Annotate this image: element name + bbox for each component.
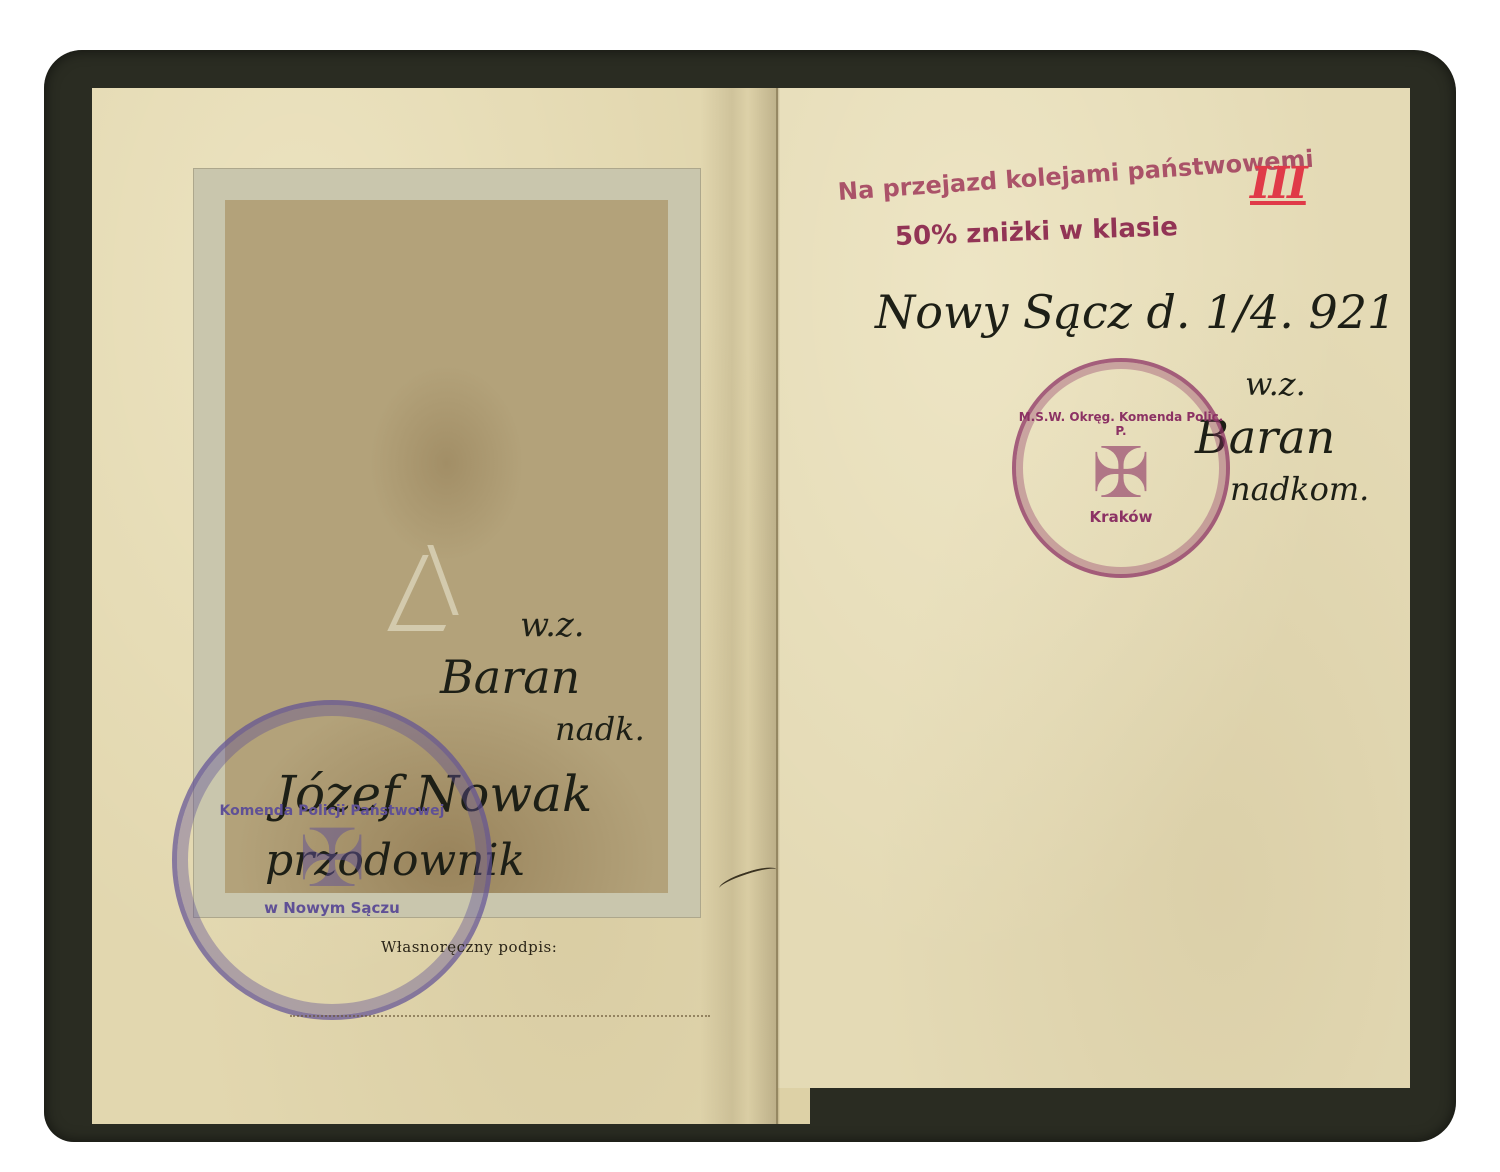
photo-annotation-line3: nadk. — [555, 710, 645, 748]
right-annotation-line1: w.z. — [1245, 365, 1306, 403]
signature-line — [290, 1015, 710, 1017]
photo-annotation-line2: Baran — [440, 650, 580, 704]
right-annotation-line3: nadkom. — [1230, 470, 1369, 508]
signature-label: Własnoręczny podpis: — [381, 938, 557, 956]
fold-line — [776, 88, 778, 1124]
eagle-emblem-icon: ✠ — [220, 819, 445, 899]
krakow-police-seal: M.S.W. Okręg. Komenda Polic. P. ✠ Kraków — [1012, 358, 1230, 578]
rail-class-value: III — [1250, 158, 1306, 209]
eagle-emblem-icon: ✠ — [1016, 438, 1226, 508]
photo-annotation-line1: w.z. — [520, 605, 585, 645]
book-gutter — [700, 88, 780, 1124]
place-date: Nowy Sącz d. 1/4. 921 — [875, 285, 1396, 339]
page-edge — [778, 1088, 810, 1124]
nowy-sacz-police-seal: Komenda Policji Państwowej ✠ w Nowym Sąc… — [172, 700, 492, 1020]
